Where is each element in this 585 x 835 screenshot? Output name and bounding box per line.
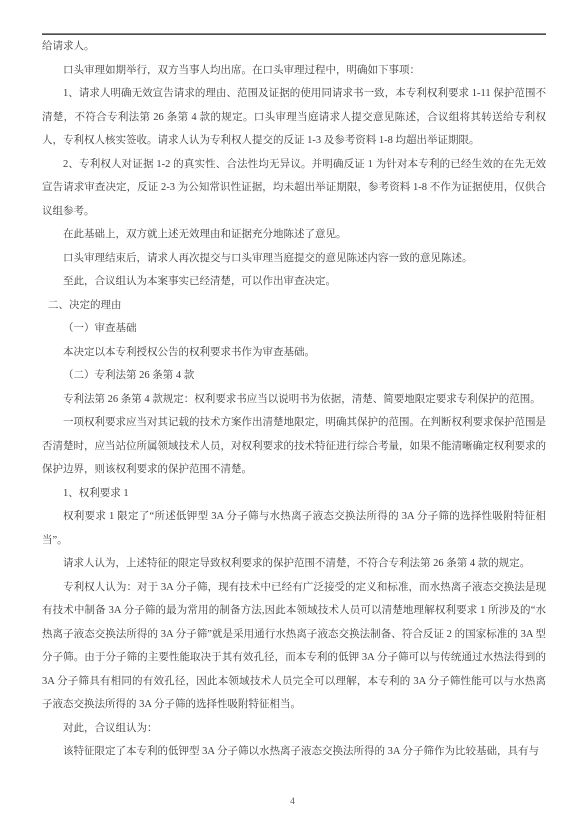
body-paragraph-facts-clear: 至此，合议组认为本案事实已经清楚，可以作出审查决定。 (42, 270, 546, 294)
body-paragraph-article-26-4-rule: 专利法第 26 条第 4 款规定：权利要求书应当以说明书为依据，清楚、简要地限定… (42, 388, 546, 412)
body-paragraph-item-2: 2、专利权人对证据 1-2 的真实性、合法性均无异议。并明确反证 1 为针对本专… (42, 153, 546, 224)
document-body: 给请求人。 口头审理如期举行，双方当事人均出席。在口头审理过程中，明确如下事项：… (42, 35, 546, 764)
body-paragraph-oral-hearing: 口头审理如期举行，双方当事人均出席。在口头审理过程中，明确如下事项： (42, 59, 546, 83)
page-number: 4 (0, 796, 585, 808)
subsection-heading-review-basis: （一）审查基础 (42, 317, 546, 341)
subsection-heading-article-26-4: （二）专利法第 26 条第 4 款 (42, 364, 546, 388)
body-paragraph-item-1: 1、请求人明确无效宣告请求的理由、范围及证据的使用同请求书一致，本专利权利要求 … (42, 82, 546, 153)
body-paragraph-continuation: 给请求人。 (42, 35, 546, 59)
section-heading-decision-reasons: 二、决定的理由 (42, 294, 546, 318)
body-paragraph-patentee-view: 专利权人认为：对于 3A 分子筛，现有技术中已经有广泛接受的定义和标准，而水热离… (42, 576, 546, 717)
body-paragraph-petitioner-view: 请求人认为，上述特征的限定导致权利要求的保护范围不清楚，不符合专利法第 26 条… (42, 552, 546, 576)
document-page: 给请求人。 口头审理如期举行，双方当事人均出席。在口头审理过程中，明确如下事项：… (0, 0, 585, 835)
body-paragraph-post-hearing: 口头审理结束后，请求人再次提交与口头审理当庭提交的意见陈述内容一致的意见陈述。 (42, 247, 546, 271)
body-paragraph-panel-opinion-start: 该特征限定了本专利的低钾型 3A 分子筛以水热离子液态交换法所得的 3A 分子筛… (42, 740, 546, 764)
subsection-heading-claim-1: 1、权利要求 1 (42, 482, 546, 506)
body-paragraph-claim-clarity-principle: 一项权利要求应当对其记载的技术方案作出清楚地限定，明确其保护的范围。在判断权利要… (42, 411, 546, 482)
body-paragraph-claim-1-limitation: 权利要求 1 限定了“所述低钾型 3A 分子筛与水热离子液态交换法所得的 3A … (42, 505, 546, 552)
body-paragraph-panel-opinion-intro: 对此，合议组认为： (42, 717, 546, 741)
body-paragraph-opinions-stated: 在此基础上，双方就上述无效理由和证据充分地陈述了意见。 (42, 223, 546, 247)
body-paragraph-review-basis: 本决定以本专利授权公告的权利要求书作为审查基础。 (42, 341, 546, 365)
